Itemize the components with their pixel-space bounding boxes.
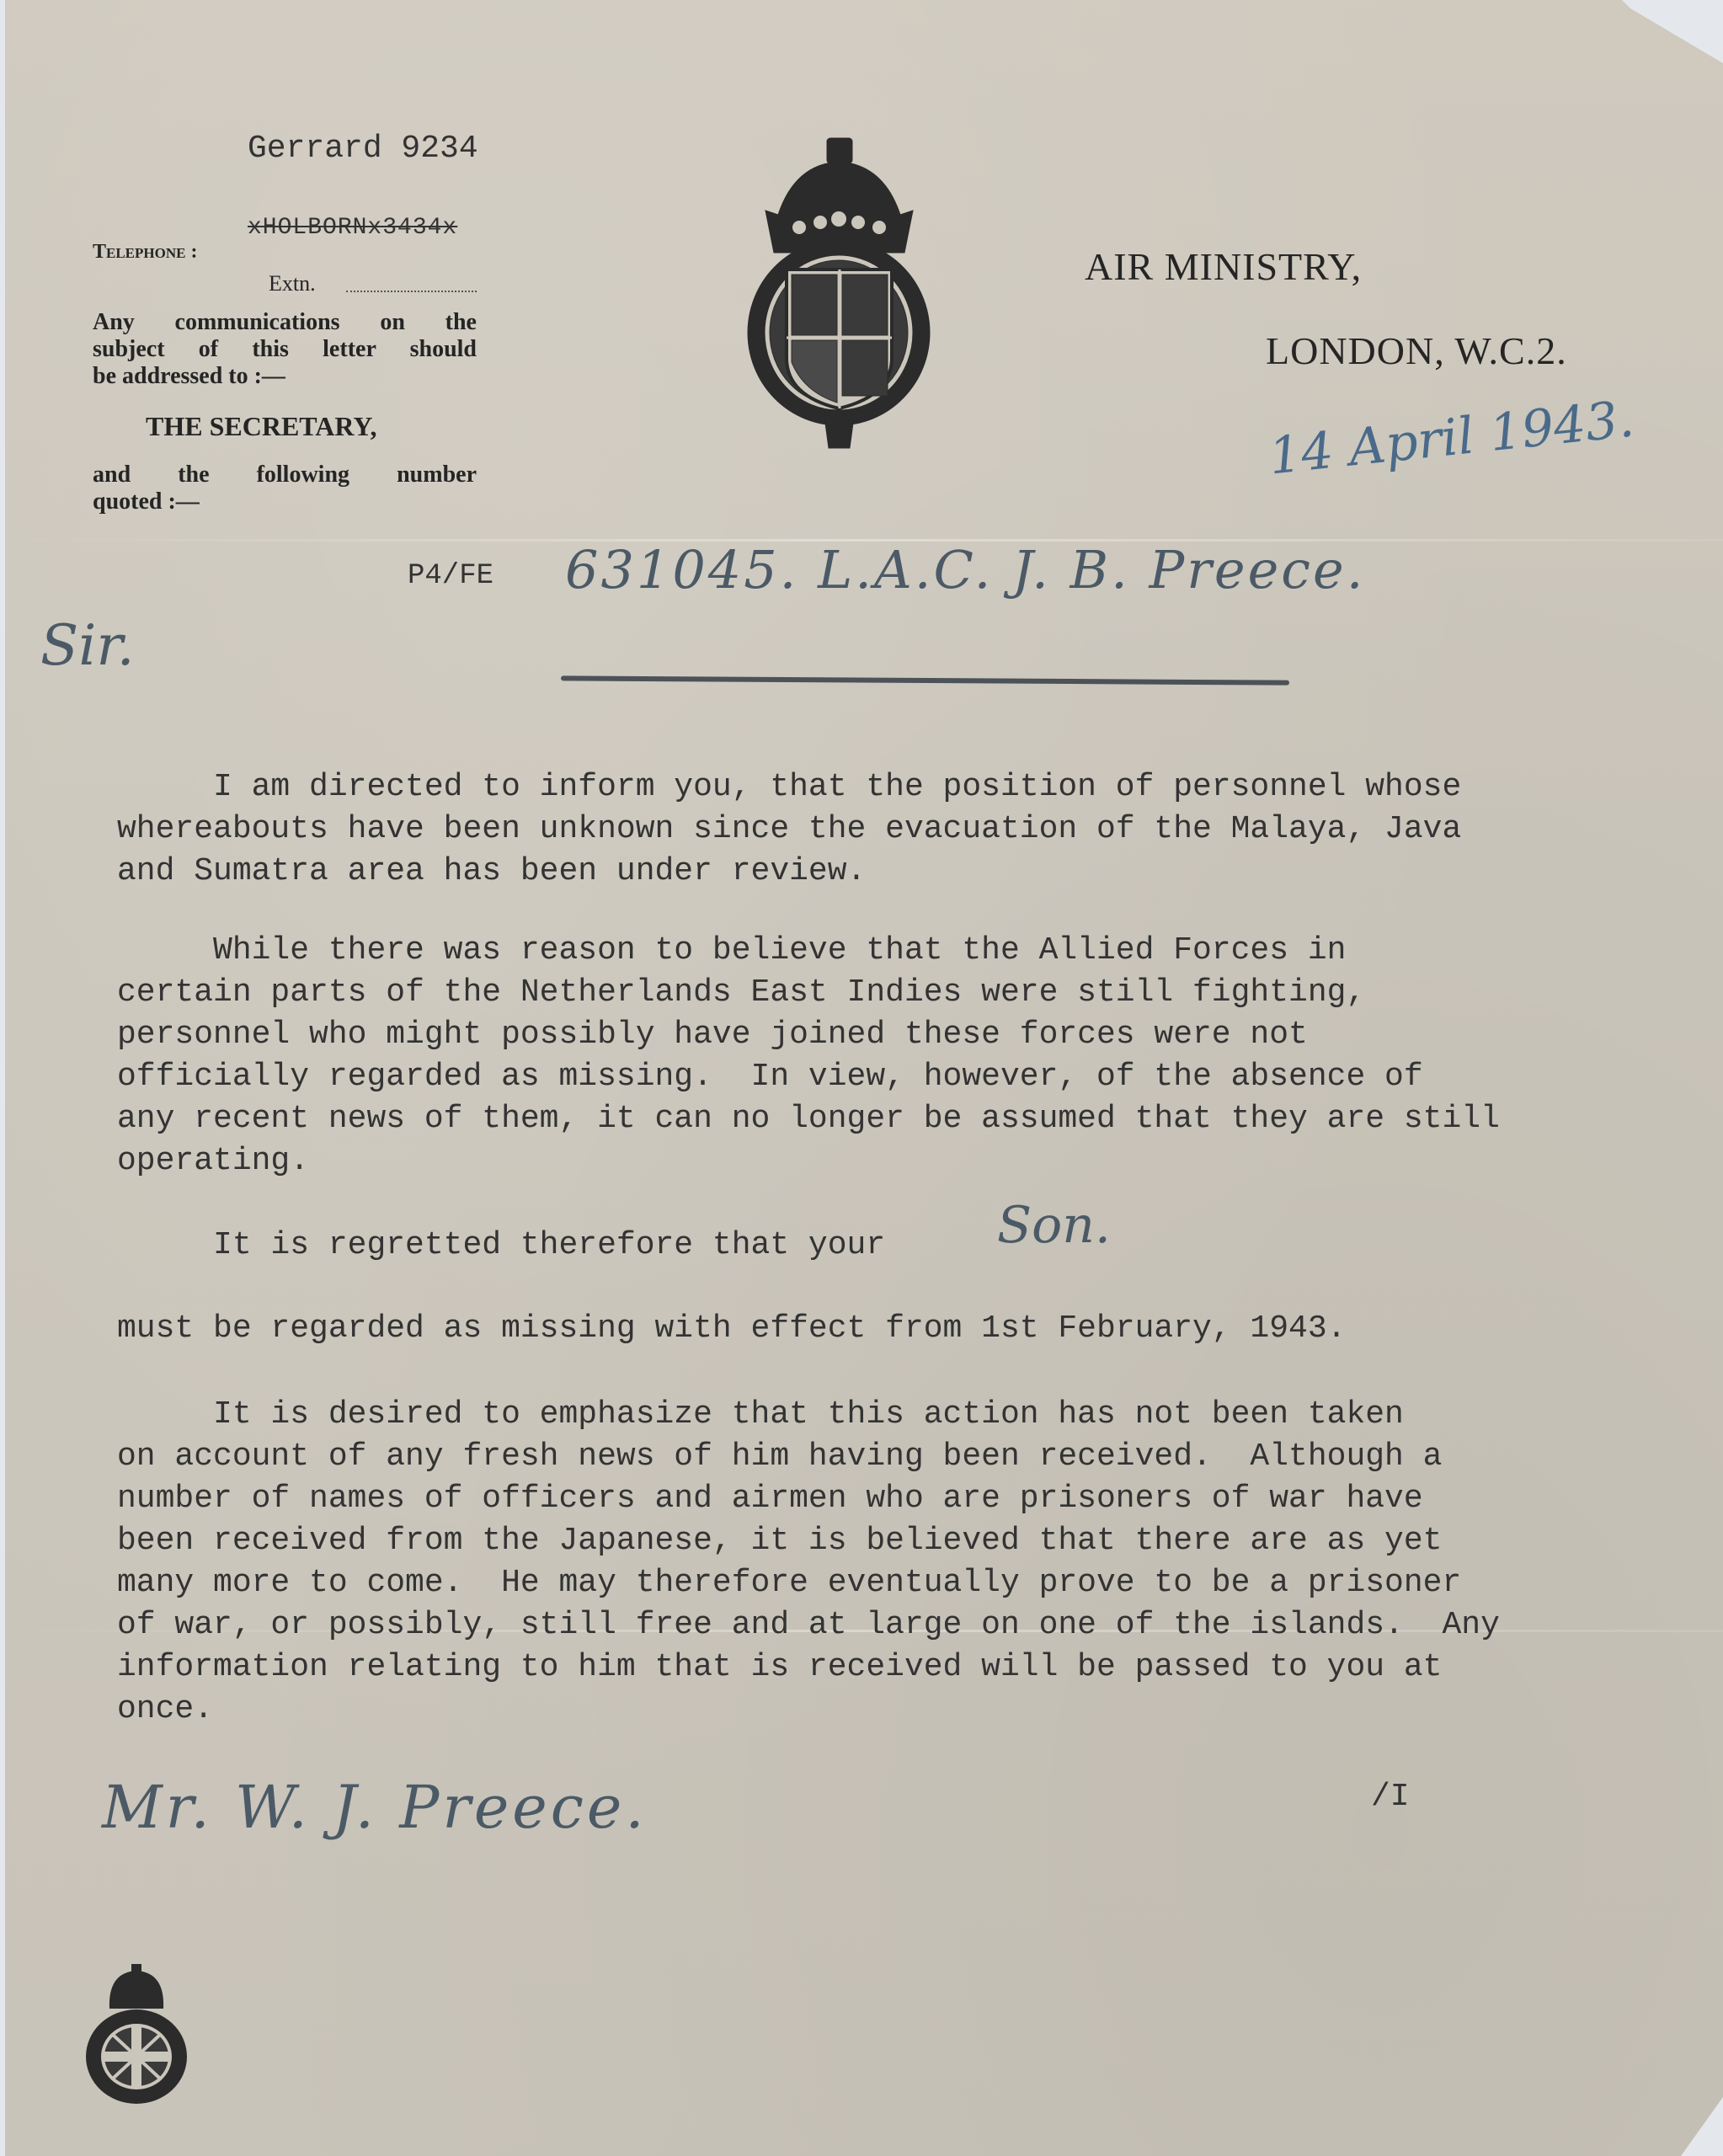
- quote-note: and the following number quoted :—: [93, 462, 477, 515]
- telephone-number: Gerrard 9234: [248, 131, 478, 167]
- body-line: I am directed to inform you, that the po…: [117, 766, 1616, 808]
- body-line: personnel who might possibly have joined…: [117, 1014, 1616, 1056]
- addressee-title: THE SECRETARY,: [146, 411, 377, 442]
- handwritten-date: 14 April 1943.: [1267, 389, 1637, 486]
- extension-field-dots: [346, 291, 477, 292]
- body-line: whereabouts have been unknown since the …: [117, 808, 1616, 851]
- body-line: information relating to him that is rece…: [117, 1646, 1616, 1689]
- body-line: It is desired to emphasize that this act…: [117, 1394, 1616, 1436]
- communications-note-line: be addressed to :—: [93, 363, 477, 390]
- quote-note-line: and the following number: [93, 462, 477, 488]
- body-line: operating.: [117, 1140, 1616, 1182]
- reference-prefix: P4/FE: [408, 560, 493, 592]
- body-line: must be regarded as missing with effect …: [117, 1308, 1616, 1350]
- extension-label: Extn.: [269, 271, 316, 296]
- body-line: any recent news of them, it can no longe…: [117, 1098, 1616, 1140]
- body-line: While there was reason to believe that t…: [117, 930, 1616, 972]
- disabled-men-scheme-badge-icon: [83, 1962, 190, 2105]
- body-paragraph-4: must be regarded as missing with effect …: [117, 1308, 1616, 1350]
- continuation-mark: /I: [1371, 1779, 1410, 1815]
- body-paragraph-5: It is desired to emphasize that this act…: [117, 1394, 1616, 1731]
- body-line: certain parts of the Netherlands East In…: [117, 972, 1616, 1014]
- body-line: been received from the Japanese, it is b…: [117, 1520, 1616, 1562]
- salutation: Sir.: [40, 613, 135, 678]
- communications-note-line: Any communications on the: [93, 309, 477, 336]
- letter-page: Gerrard 9234 xHOLBORNx3434x Telephone : …: [5, 0, 1723, 2156]
- body-paragraph-1: I am directed to inform you, that the po…: [117, 766, 1616, 893]
- struck-telephone: xHOLBORNx3434x: [248, 215, 457, 241]
- body-line: many more to come. He may therefore even…: [117, 1562, 1616, 1604]
- body-line: of war, or possibly, still free and at l…: [117, 1604, 1616, 1646]
- telephone-label: Telephone :: [93, 241, 197, 264]
- quote-note-line: quoted :—: [93, 488, 477, 515]
- body-line: officially regarded as missing. In view,…: [117, 1056, 1616, 1098]
- body-paragraph-3: It is regretted therefore that your: [117, 1225, 1616, 1267]
- body-paragraph-2: While there was reason to believe that t…: [117, 930, 1616, 1182]
- reference-handwritten: 631045. L.A.C. J. B. Preece.: [565, 539, 1365, 600]
- reference-underline: [561, 675, 1289, 685]
- handwritten-relation: Son.: [997, 1196, 1111, 1255]
- body-line: and Sumatra area has been under review.: [117, 851, 1616, 893]
- communications-note: Any communications on the subject of thi…: [93, 309, 477, 390]
- organisation-name: AIR MINISTRY,: [1085, 244, 1362, 289]
- body-line: It is regretted therefore that your: [117, 1225, 1616, 1267]
- body-line: once.: [117, 1689, 1616, 1731]
- body-line: on account of any fresh news of him havi…: [117, 1436, 1616, 1478]
- royal-coat-of-arms-icon: [744, 135, 934, 451]
- recipient-name: Mr. W. J. Preece.: [102, 1773, 648, 1842]
- organisation-address: LONDON, W.C.2.: [1266, 328, 1567, 373]
- communications-note-line: subject of this letter should: [93, 336, 477, 363]
- body-line: number of names of officers and airmen w…: [117, 1478, 1616, 1520]
